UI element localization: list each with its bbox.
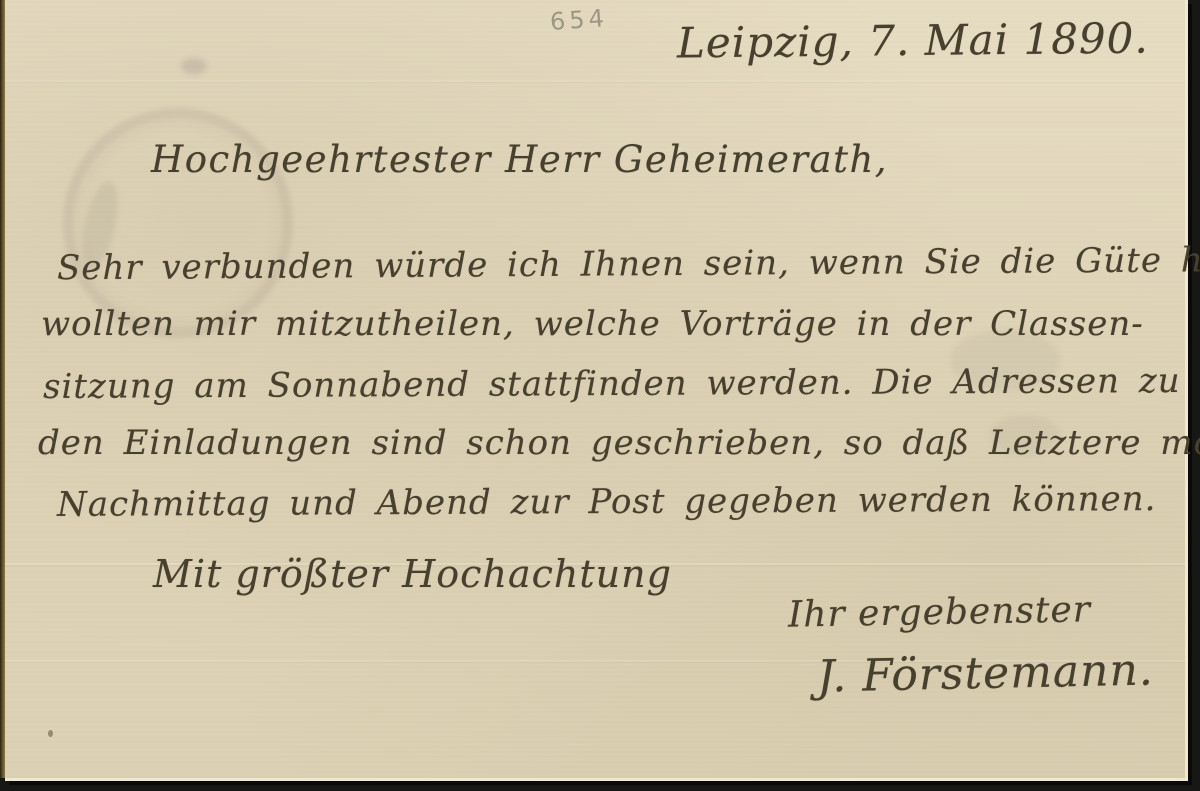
postcard: 654 Leipzig, 7. Mai 1890. Hochgeehrteste… [5,0,1188,781]
paper-speck [48,730,53,737]
archival-number-annotation: 654 [549,4,609,36]
ink-smudge [181,58,207,74]
body-line: sitzung am Sonnabend stattfinden werden.… [43,361,1181,407]
body-line: den Einladungen sind schon geschrieben, … [38,423,1200,463]
paper-crease [5,80,1185,82]
signature: J. Förstemann. [817,644,1155,702]
body-line: Nachmittag und Abend zur Post gegeben we… [57,479,1157,525]
scan-background: 654 Leipzig, 7. Mai 1890. Hochgeehrteste… [0,0,1200,791]
dateline: Leipzig, 7. Mai 1890. [677,14,1149,68]
card-left-edge [0,0,5,778]
body-line: Sehr verbunden würde ich Ihnen sein, wen… [57,240,1200,289]
salutation: Hochgeehrtester Herr Geheimerath, [151,138,888,181]
closing-formula: Mit größter Hochachtung [153,552,672,596]
valediction: Ihr ergebenster [788,589,1092,635]
body-line: wollten mir mitzutheilen, welche Vorträg… [41,304,1144,344]
